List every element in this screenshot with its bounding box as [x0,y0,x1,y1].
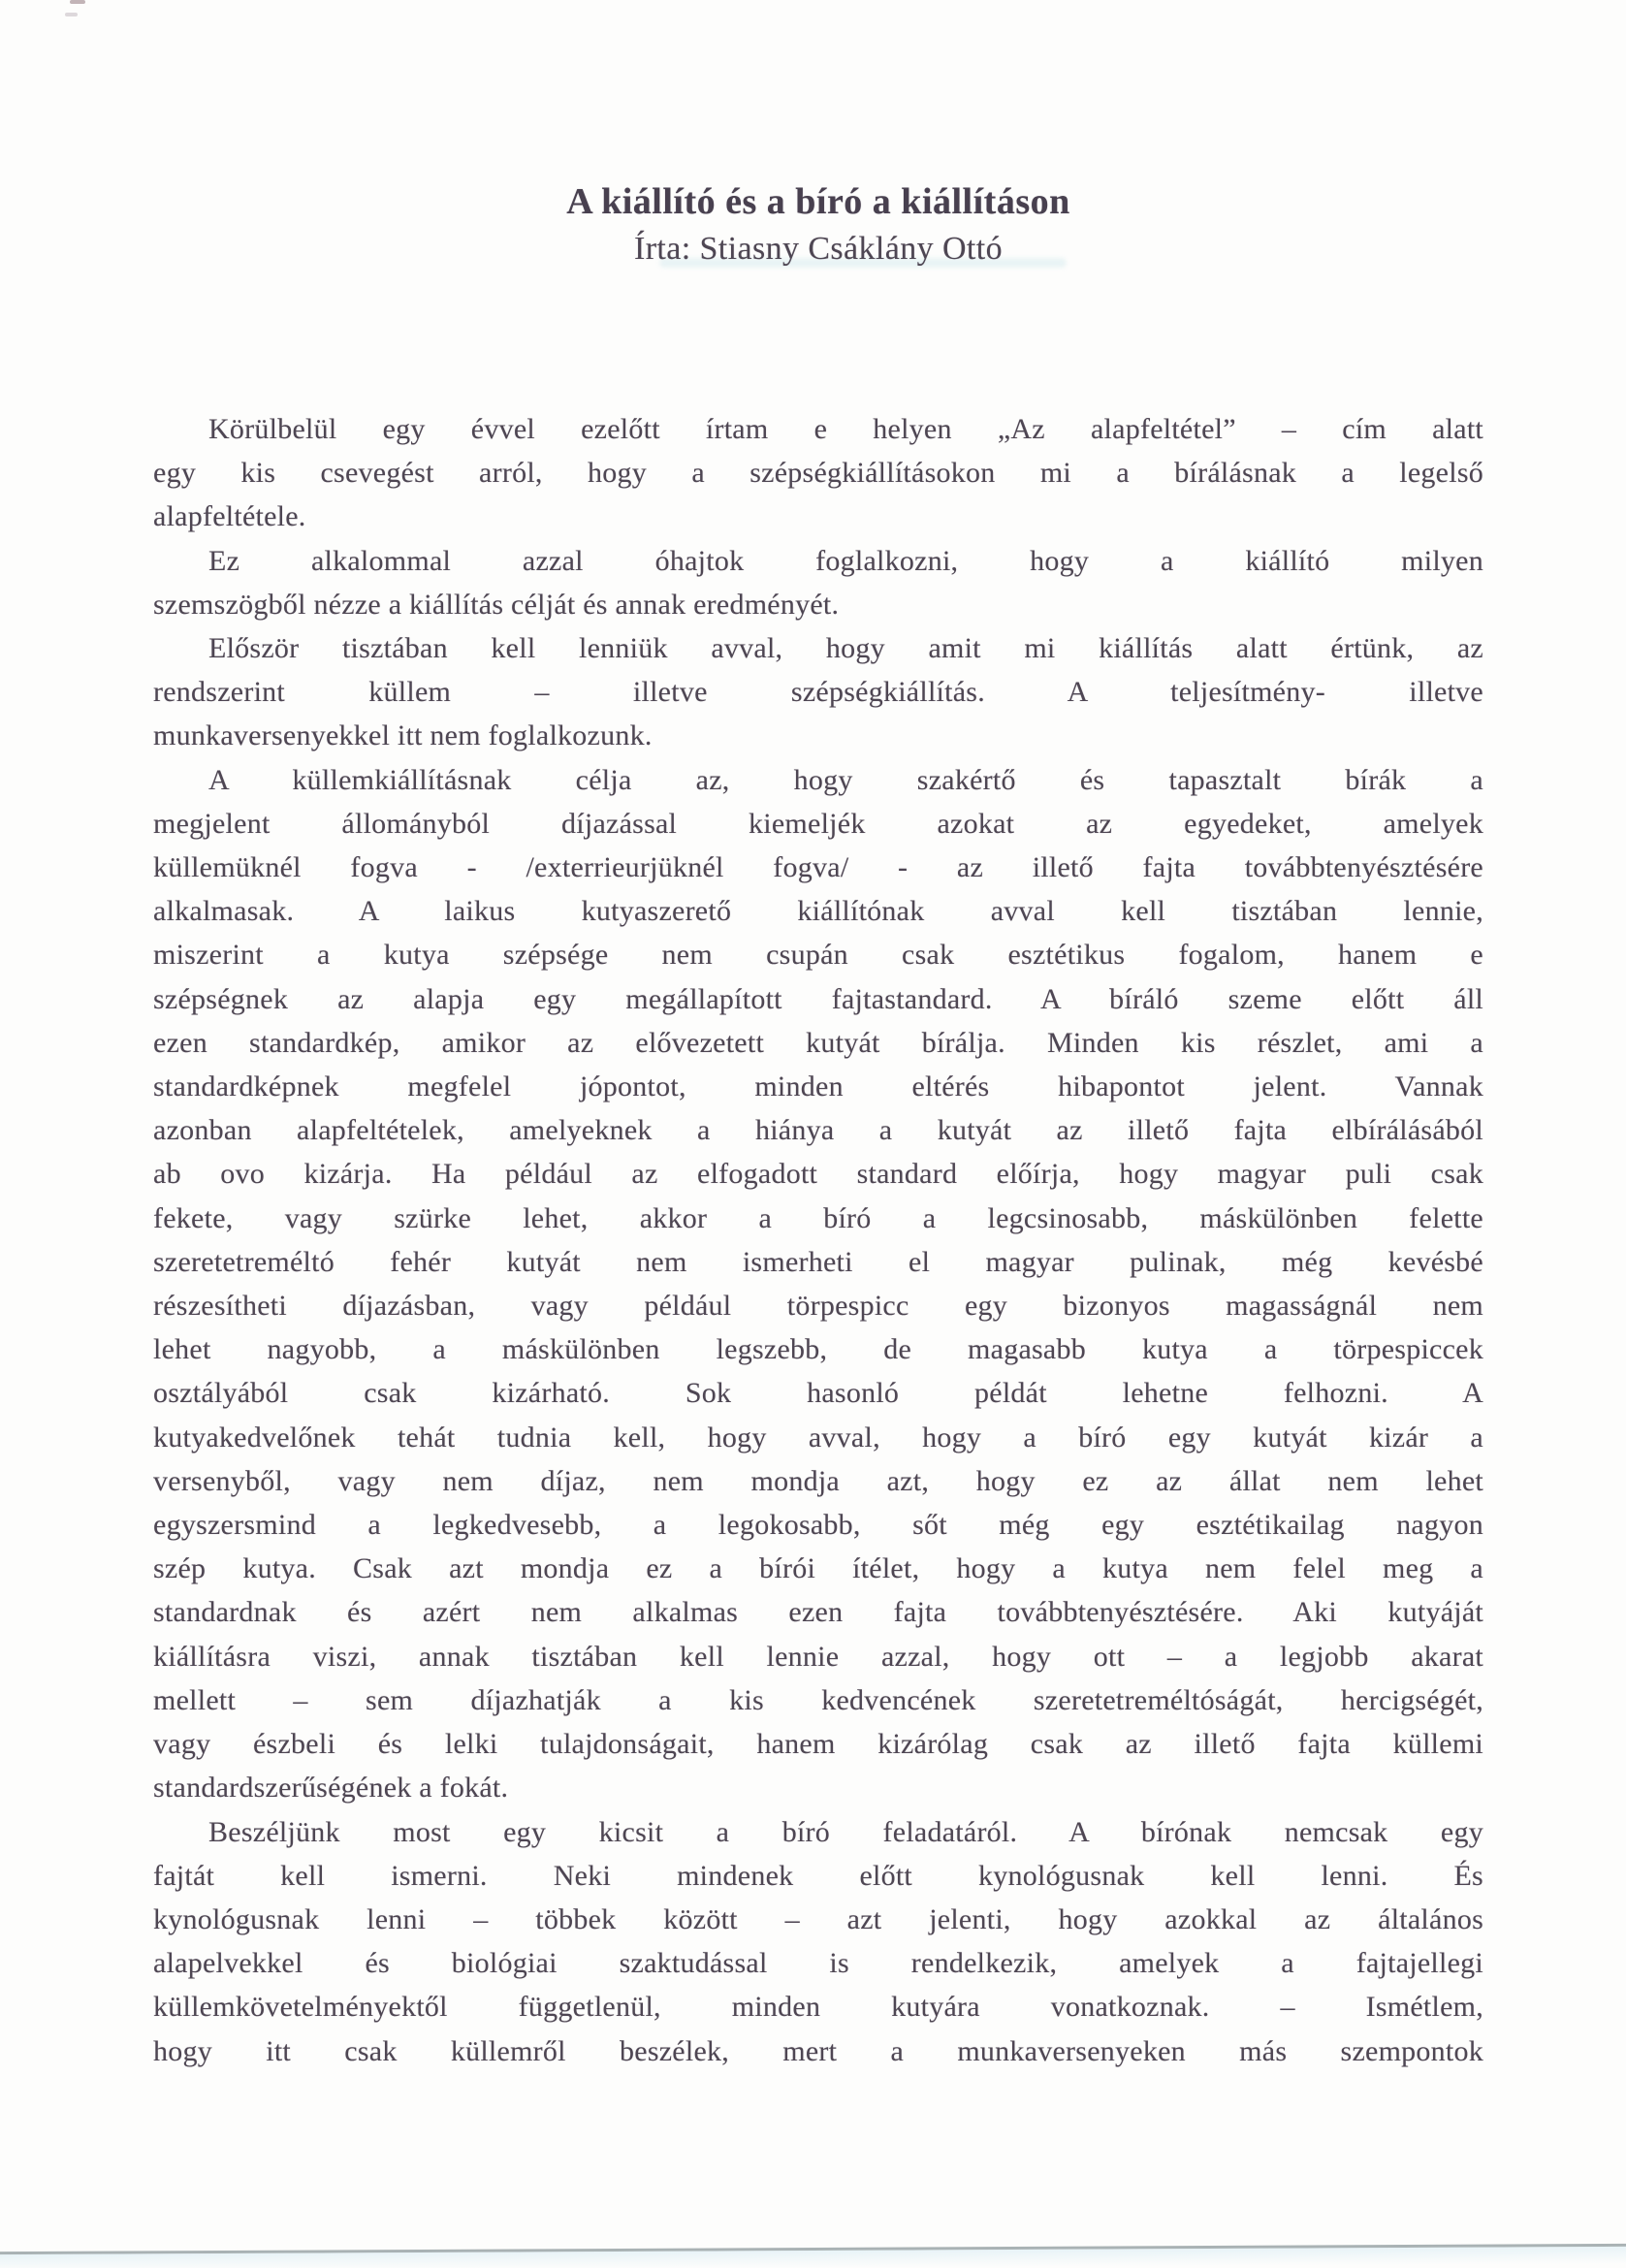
text-line: versenyből, vagy nem díjaz, nem mondja a… [153,1459,1483,1503]
text-line: szép kutya. Csak azt mondja ez a bírói í… [153,1547,1483,1590]
paragraph: A küllemkiállításnak célja az, hogy szak… [153,758,1483,1810]
text-line: szeretetreméltó fehér kutyát nem ismerhe… [153,1240,1483,1284]
text-line: ab ovo kizárja. Ha például az elfogadott… [153,1152,1483,1196]
text-line: alkalmasak. A laikus kutyaszerető kiállí… [153,889,1483,933]
text-line: miszerint a kutya szépsége nem csupán cs… [153,933,1483,976]
text-line: szépségnek az alapja egy megállapított f… [153,977,1483,1021]
text-line: szemszögből nézze a kiállítás célját és … [153,583,1483,626]
text-line: küllemkövetelményektől függetlenül, mind… [153,1985,1483,2028]
document-body-text: Körülbelül egy évvel ezelőtt írtam e hel… [153,407,1483,2073]
scan-smudge-mark [70,0,85,4]
text-line: munkaversenyekkel itt nem foglalkozunk. [153,714,1483,757]
text-line: rendszerint küllem – illetve szépségkiál… [153,670,1483,714]
text-line: kiállításra viszi, annak tisztában kell … [153,1635,1483,1678]
text-line: azonban alapfeltételek, amelyeknek a hiá… [153,1108,1483,1152]
text-line: egyszersmind a legkedvesebb, a legokosab… [153,1503,1483,1547]
text-line: ezen standardkép, amikor az elővezetett … [153,1021,1483,1065]
text-line: küllemüknél fogva - /exterrieurjüknél fo… [153,846,1483,889]
text-line: alapelvekkel és biológiai szaktudással i… [153,1941,1483,1985]
text-line: mellett – sem díjazhatják a kis kedvencé… [153,1678,1483,1722]
text-line: vagy észbeli és lelki tulajdonságait, ha… [153,1722,1483,1766]
text-line: kynológusnak lenni – többek között – azt… [153,1898,1483,1941]
text-line: Először tisztában kell lenniük avval, ho… [153,626,1483,670]
text-line: lehet nagyobb, a máskülönben legszebb, d… [153,1327,1483,1371]
document-title: A kiállító és a bíró a kiállításon [153,180,1483,223]
text-line: standardnak és azért nem alkalmas ezen f… [153,1590,1483,1634]
text-line: megjelent állományból díjazással kiemelj… [153,802,1483,846]
text-line: A küllemkiállításnak célja az, hogy szak… [153,758,1483,802]
document-byline: Írta: Stiasny Csáklány Ottó [153,231,1483,268]
text-line: alapfeltétele. [153,495,1483,538]
scan-smudge-mark [65,13,78,16]
paragraph: Körülbelül egy évvel ezelőtt írtam e hel… [153,407,1483,539]
text-line: fekete, vagy szürke lehet, akkor a bíró … [153,1197,1483,1240]
text-line: részesítheti díjazásban, vagy például tö… [153,1284,1483,1327]
text-line: standardképnek megfelel jópontot, minden… [153,1065,1483,1108]
text-line: Ez alkalommal azzal óhajtok foglalkozni,… [153,539,1483,583]
text-line: Beszéljünk most egy kicsit a bíró felada… [153,1810,1483,1854]
text-line: Körülbelül egy évvel ezelőtt írtam e hel… [153,407,1483,451]
text-line: fajtát kell ismerni. Neki mindenek előtt… [153,1854,1483,1898]
paragraph: Ez alkalommal azzal óhajtok foglalkozni,… [153,539,1483,626]
text-line: osztályából csak kizárható. Sok hasonló … [153,1371,1483,1415]
scanned-document-page: A kiállító és a bíró a kiállításon Írta:… [0,0,1626,2268]
text-line: standardszerűségének a fokát. [153,1766,1483,1809]
paragraph: Beszéljünk most egy kicsit a bíró felada… [153,1810,1483,2073]
text-line: hogy itt csak küllemről beszélek, mert a… [153,2029,1483,2073]
text-line: kutyakedvelőnek tehát tudnia kell, hogy … [153,1416,1483,1459]
paragraph: Először tisztában kell lenniük avval, ho… [153,626,1483,758]
text-line: egy kis csevegést arról, hogy a szépségk… [153,451,1483,495]
